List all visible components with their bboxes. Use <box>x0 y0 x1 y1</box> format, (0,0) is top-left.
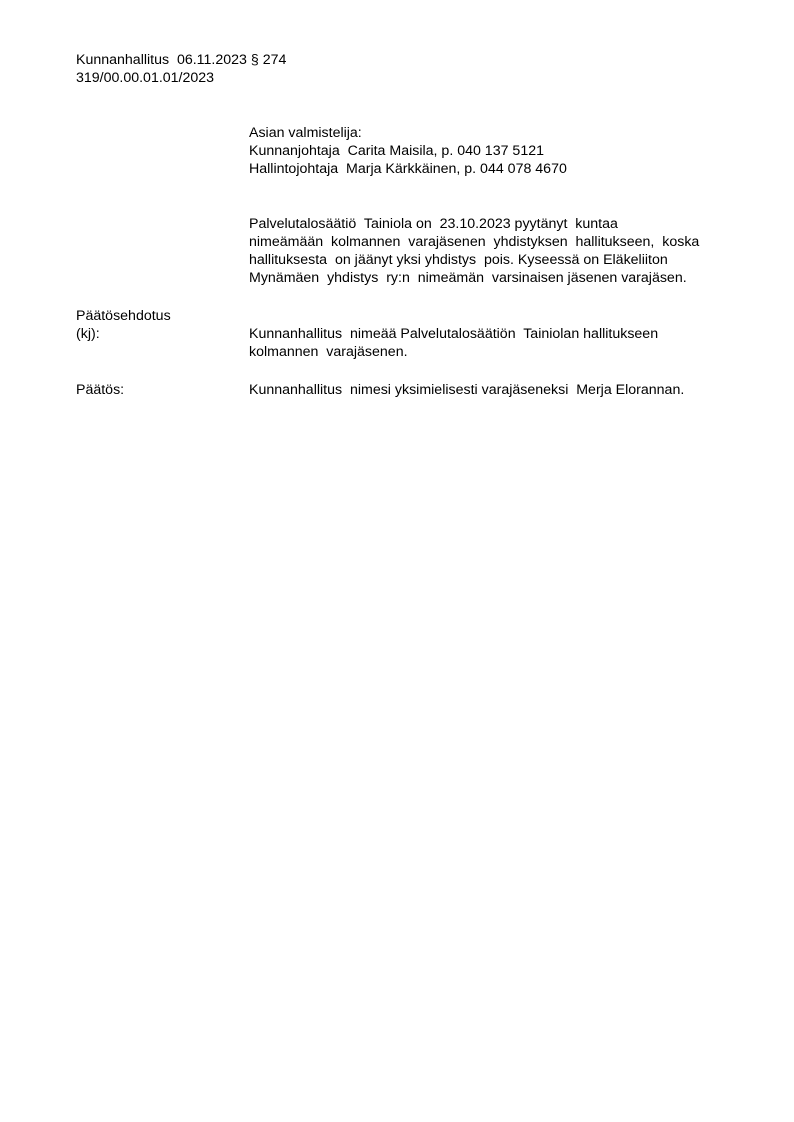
body-line: hallituksesta on jäänyt yksi yhdistys po… <box>249 251 668 269</box>
body-line: Mynämäen yhdistys ry:n nimeämän varsinai… <box>249 269 687 287</box>
record-number: 319/00.00.01.01/2023 <box>76 69 214 87</box>
proposal-label: Päätösehdotus <box>76 307 171 325</box>
preparer-line: Hallintojohtaja Marja Kärkkäinen, p. 044… <box>249 160 567 178</box>
body-line: Palvelutalosäätiö Tainiola on 23.10.2023… <box>249 215 618 233</box>
decision-label: Päätös: <box>76 381 124 399</box>
proposal-label-suffix: (kj): <box>76 325 100 343</box>
body-line: nimeämään kolmannen varajäsenen yhdistyk… <box>249 233 699 251</box>
meeting-title: Kunnanhallitus 06.11.2023 § 274 <box>76 51 286 69</box>
proposal-line: kolmannen varajäsenen. <box>249 343 408 361</box>
preparer-heading: Asian valmistelija: <box>249 124 362 142</box>
proposal-line: Kunnanhallitus nimeää Palvelutalosäätiön… <box>249 325 658 343</box>
preparer-line: Kunnanjohtaja Carita Maisila, p. 040 137… <box>249 142 544 160</box>
decision-text: Kunnanhallitus nimesi yksimielisesti var… <box>249 381 684 399</box>
